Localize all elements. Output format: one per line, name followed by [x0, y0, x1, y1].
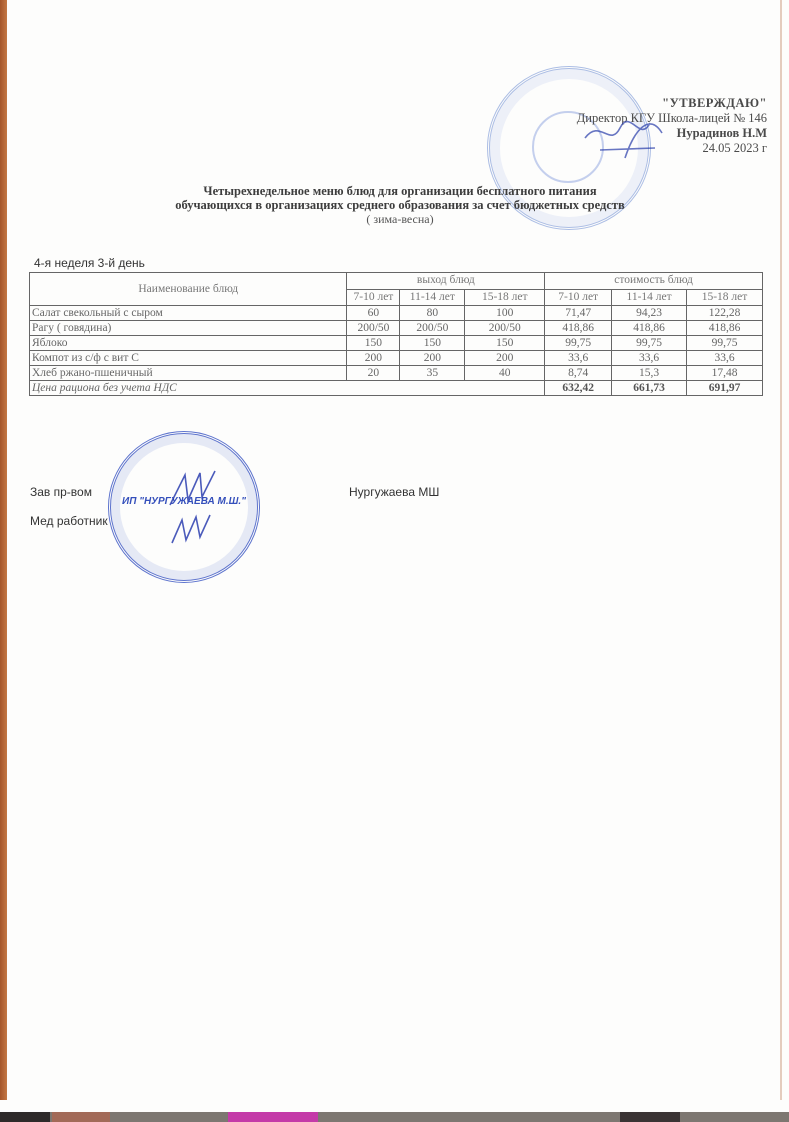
heading-line-1: Четырехнедельное меню блюд для организац…: [100, 184, 700, 198]
header-yield-age-2: 11-14 лет: [400, 289, 465, 306]
table-row: Рагу ( говядина)200/50200/50200/50418,86…: [30, 321, 763, 336]
week-day-label: 4-я неделя 3-й день: [34, 256, 145, 270]
cost-cell: 33,6: [545, 351, 612, 366]
yield-cell: 200: [347, 351, 400, 366]
total-cost-age-3: 691,97: [687, 381, 763, 396]
yield-cell: 40: [465, 366, 545, 381]
yield-cell: 20: [347, 366, 400, 381]
dish-name: Яблоко: [30, 336, 347, 351]
background-strip: [0, 1112, 789, 1122]
cost-cell: 94,23: [612, 306, 687, 321]
table-row: Компот из с/ф с вит С20020020033,633,633…: [30, 351, 763, 366]
cost-cell: 71,47: [545, 306, 612, 321]
dish-name: Рагу ( говядина): [30, 321, 347, 336]
menu-table: Наименование блюд выход блюд стоимость б…: [29, 272, 763, 396]
header-cost: стоимость блюд: [545, 273, 763, 290]
total-label: Цена рациона без учета НДС: [30, 381, 545, 396]
header-dish-name: Наименование блюд: [30, 273, 347, 306]
yield-cell: 100: [465, 306, 545, 321]
page-edge-right: [780, 0, 782, 1100]
yield-cell: 200: [400, 351, 465, 366]
yield-cell: 80: [400, 306, 465, 321]
header-yield: выход блюд: [347, 273, 545, 290]
table-row: Хлеб ржано-пшеничный2035408,7415,317,48: [30, 366, 763, 381]
header-cost-age-3: 15-18 лет: [687, 289, 763, 306]
dish-name: Салат свекольный с сыром: [30, 306, 347, 321]
total-cost-age-2: 661,73: [612, 381, 687, 396]
yield-cell: 200: [465, 351, 545, 366]
dish-name: Компот из с/ф с вит С: [30, 351, 347, 366]
total-row: Цена рациона без учета НДС 632,42 661,73…: [30, 381, 763, 396]
table-row: Салат свекольный с сыром608010071,4794,2…: [30, 306, 763, 321]
head-of-production-name: Нургужаева МШ: [349, 485, 439, 499]
heading-line-2: обучающихся в организациях среднего обра…: [100, 198, 700, 212]
header-yield-age-1: 7-10 лет: [347, 289, 400, 306]
yield-cell: 200/50: [400, 321, 465, 336]
total-cost-age-1: 632,42: [545, 381, 612, 396]
header-cost-age-1: 7-10 лет: [545, 289, 612, 306]
dish-name: Хлеб ржано-пшеничный: [30, 366, 347, 381]
cost-cell: 8,74: [545, 366, 612, 381]
head-of-production-label: Зав пр-вом: [30, 485, 92, 499]
header-cost-age-2: 11-14 лет: [612, 289, 687, 306]
yield-cell: 200/50: [347, 321, 400, 336]
cost-cell: 418,86: [687, 321, 763, 336]
document-heading: Четырехнедельное меню блюд для организац…: [100, 184, 700, 226]
cost-cell: 418,86: [612, 321, 687, 336]
yield-cell: 200/50: [465, 321, 545, 336]
yield-cell: 150: [400, 336, 465, 351]
cost-cell: 33,6: [612, 351, 687, 366]
medical-worker-label: Мед работник: [30, 514, 108, 528]
cost-cell: 99,75: [687, 336, 763, 351]
cost-cell: 99,75: [612, 336, 687, 351]
heading-season: ( зима-весна): [100, 212, 700, 226]
director-signature: [580, 108, 670, 168]
cost-cell: 99,75: [545, 336, 612, 351]
cost-cell: 418,86: [545, 321, 612, 336]
cost-cell: 122,28: [687, 306, 763, 321]
cost-cell: 15,3: [612, 366, 687, 381]
yield-cell: 150: [347, 336, 400, 351]
yield-cell: 60: [347, 306, 400, 321]
table-row: Яблоко15015015099,7599,7599,75: [30, 336, 763, 351]
cost-cell: 33,6: [687, 351, 763, 366]
yield-cell: 150: [465, 336, 545, 351]
yield-cell: 35: [400, 366, 465, 381]
header-yield-age-3: 15-18 лет: [465, 289, 545, 306]
staff-signatures: [160, 465, 230, 555]
page-edge-left: [0, 0, 7, 1100]
cost-cell: 17,48: [687, 366, 763, 381]
